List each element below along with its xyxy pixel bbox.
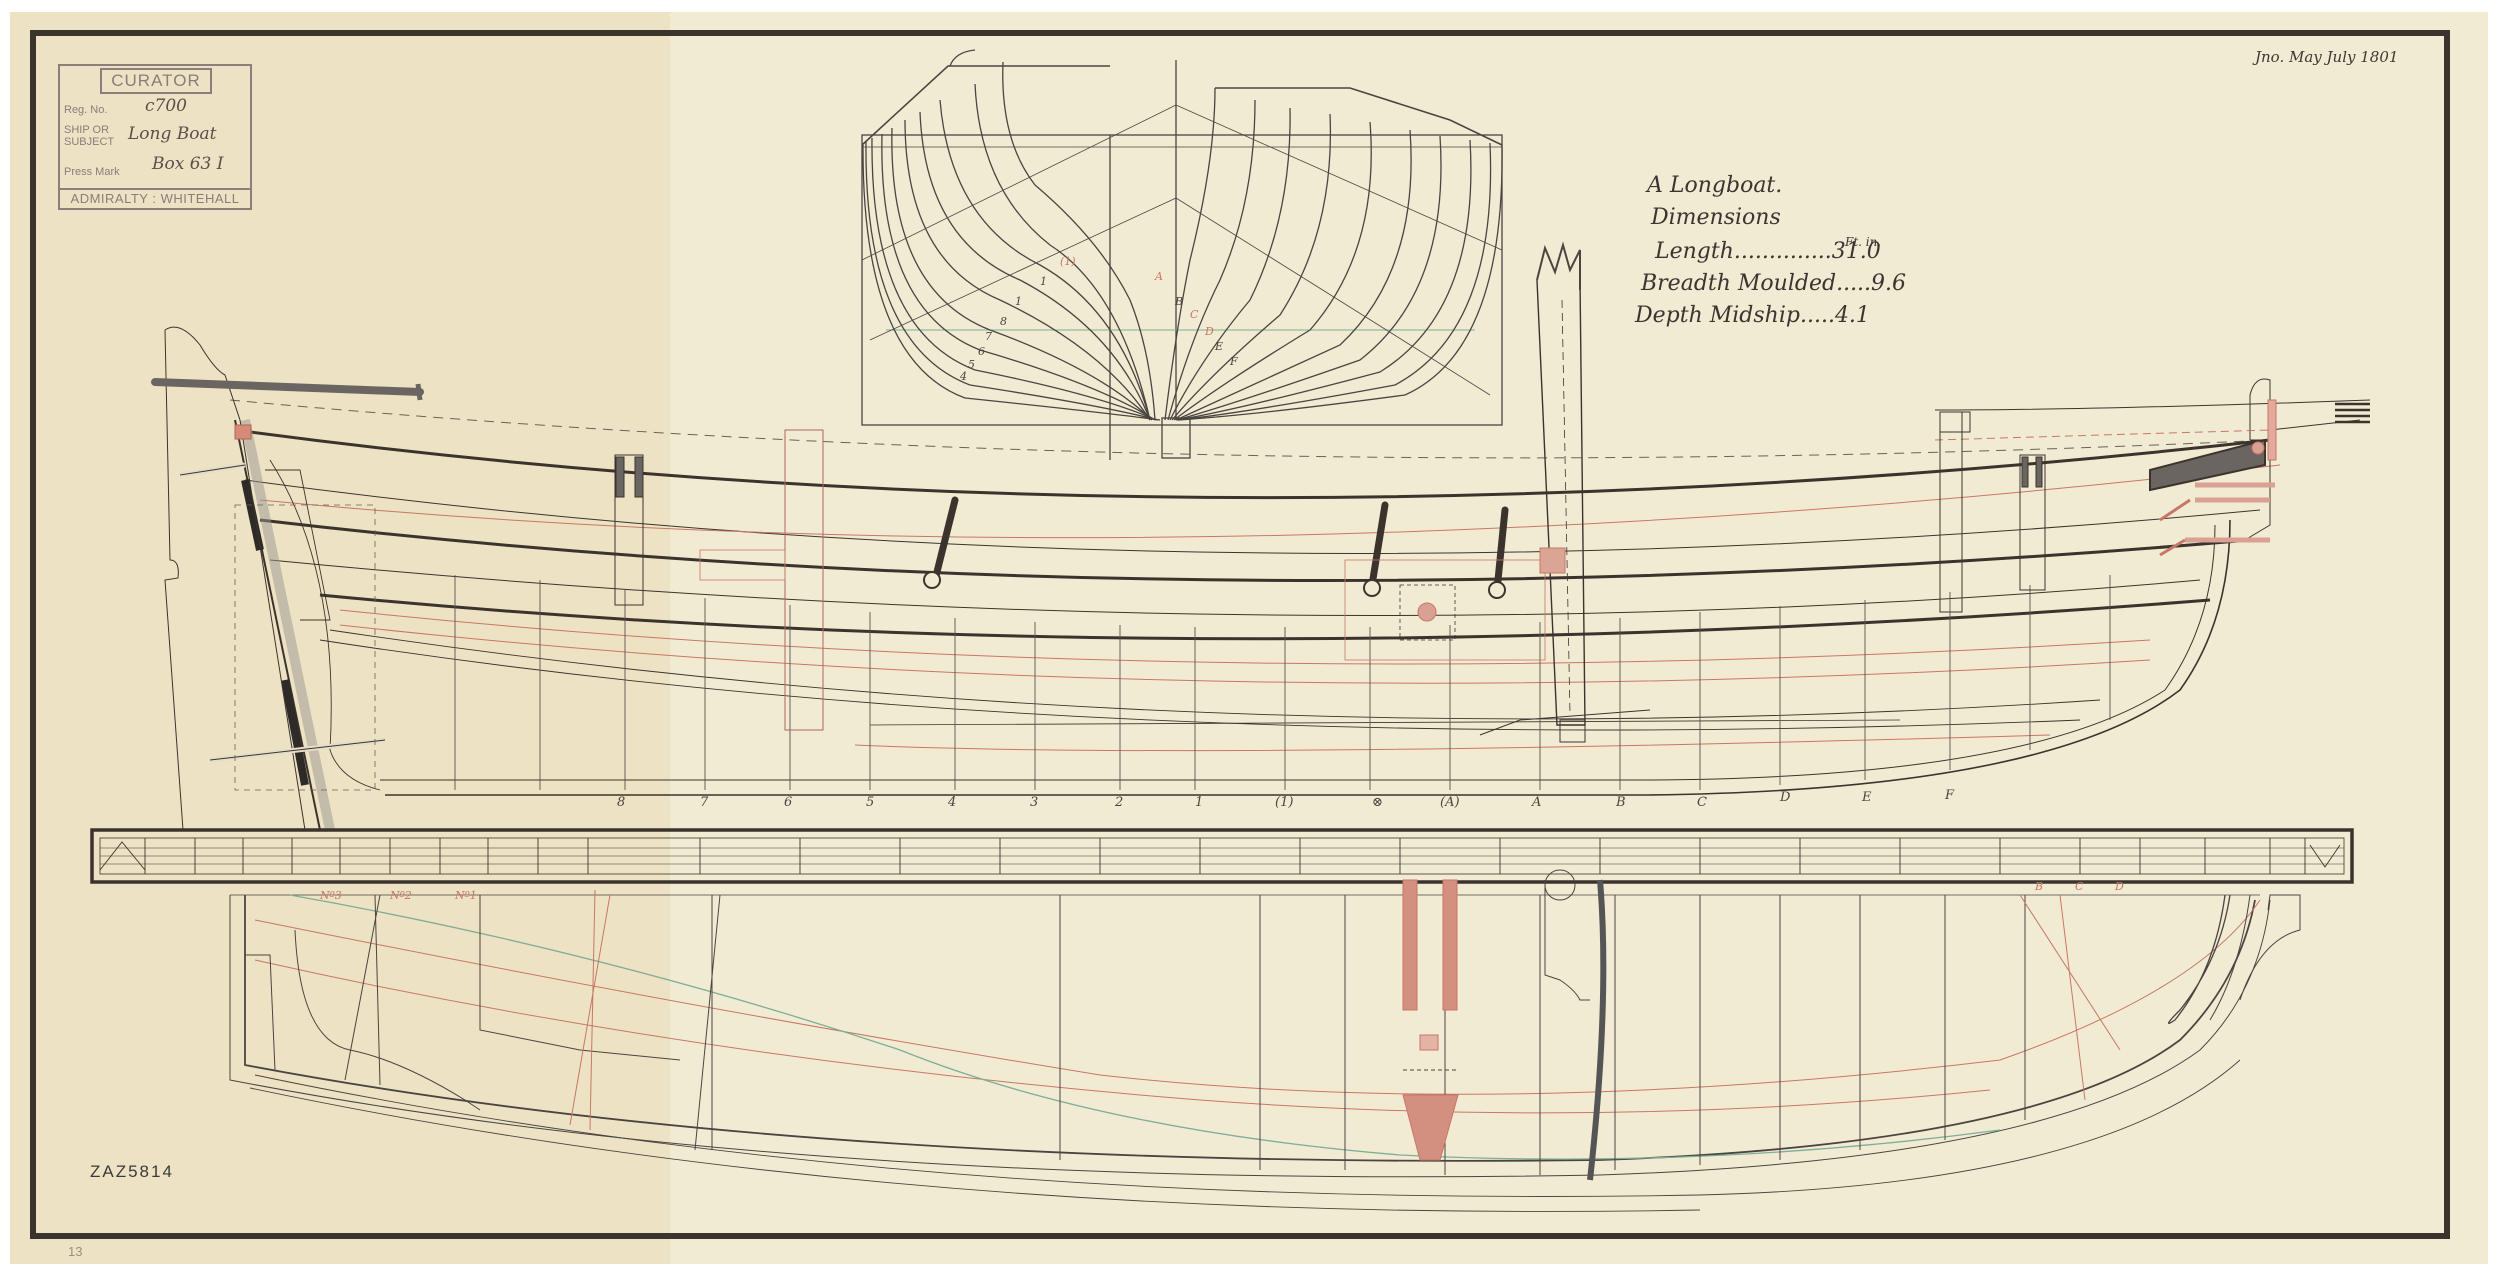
sheer-plan bbox=[155, 245, 2370, 830]
svg-text:(1): (1) bbox=[1060, 255, 1076, 268]
reg-value: c700 bbox=[145, 96, 187, 116]
svg-text:Nº1: Nº1 bbox=[454, 889, 477, 902]
station-label: B bbox=[1616, 795, 1626, 810]
station-label: (A) bbox=[1440, 795, 1460, 810]
station-label: D bbox=[1780, 790, 1790, 805]
station-label: ⊗ bbox=[1372, 795, 1383, 810]
station-label: 5 bbox=[866, 795, 874, 810]
station-label: E bbox=[1862, 790, 1872, 805]
svg-text:1: 1 bbox=[1040, 275, 1047, 288]
svg-text:E: E bbox=[1214, 340, 1223, 353]
dimensions-heading: A Longboat. bbox=[1635, 170, 1906, 202]
dimension-row-breadth: Breadth Moulded.....9.6 bbox=[1635, 268, 1906, 300]
svg-text:B: B bbox=[1174, 295, 1183, 308]
body-plan bbox=[862, 50, 1502, 460]
svg-text:6: 6 bbox=[978, 345, 985, 358]
stamp-footer: ADMIRALTY : WHITEHALL bbox=[60, 188, 250, 208]
svg-text:C: C bbox=[1190, 308, 1199, 321]
svg-text:F: F bbox=[1229, 355, 1238, 368]
station-label: 2 bbox=[1115, 795, 1123, 810]
svg-text:Nº3: Nº3 bbox=[319, 889, 342, 902]
svg-text:Nº2: Nº2 bbox=[389, 889, 412, 902]
station-label: F bbox=[1945, 788, 1954, 803]
press-label: Press Mark bbox=[64, 166, 120, 178]
svg-text:8: 8 bbox=[1000, 315, 1007, 328]
station-label: 1 bbox=[1195, 795, 1203, 810]
curator-stamp: CURATOR Reg. No. c700 SHIP OR SUBJECT Lo… bbox=[58, 64, 252, 210]
base-scale-bar bbox=[92, 830, 2352, 882]
svg-text:4: 4 bbox=[959, 370, 967, 383]
ship-label-2: SUBJECT bbox=[64, 136, 114, 148]
svg-text:1: 1 bbox=[1015, 295, 1022, 308]
sheet-number: 13 bbox=[68, 1244, 82, 1259]
ship-label-1: SHIP OR bbox=[64, 124, 109, 136]
station-label: (1) bbox=[1275, 795, 1293, 810]
station-label: 3 bbox=[1030, 795, 1038, 810]
station-label: 7 bbox=[700, 795, 708, 810]
station-label: 6 bbox=[784, 795, 792, 810]
station-label: A bbox=[1532, 795, 1541, 810]
draughtsman-signature: Jno. May July 1801 bbox=[2255, 48, 2398, 66]
svg-text:7: 7 bbox=[985, 330, 992, 343]
svg-text:A: A bbox=[1154, 270, 1163, 283]
dimensions-block: A Longboat. Dimensions Ft. in. Length...… bbox=[1635, 170, 1906, 332]
station-label: 4 bbox=[948, 795, 956, 810]
ship-draught-drawing: (1) 1 1 8 7 6 5 4 A B C D E F bbox=[0, 0, 2500, 1272]
dimensions-units: Ft. in. bbox=[1845, 226, 1881, 258]
dimension-row-depth: Depth Midship.....4.1 bbox=[1635, 300, 1906, 332]
svg-text:D: D bbox=[1204, 325, 1214, 338]
stamp-title: CURATOR bbox=[100, 68, 212, 94]
catalog-number: ZAZ5814 bbox=[90, 1162, 174, 1182]
ship-value: Long Boat bbox=[128, 124, 216, 144]
svg-text:B: B bbox=[2034, 880, 2043, 893]
svg-text:5: 5 bbox=[968, 358, 975, 371]
station-label: C bbox=[1697, 795, 1707, 810]
reg-label: Reg. No. bbox=[64, 104, 107, 116]
station-label: 8 bbox=[617, 795, 625, 810]
svg-text:C: C bbox=[2075, 880, 2084, 893]
svg-text:D: D bbox=[2114, 880, 2124, 893]
half-breadth-plan bbox=[230, 870, 2300, 1211]
body-plan-labels: (1) 1 1 8 7 6 5 4 A B C D E F bbox=[959, 255, 1238, 383]
press-value: Box 63 I bbox=[152, 154, 223, 174]
